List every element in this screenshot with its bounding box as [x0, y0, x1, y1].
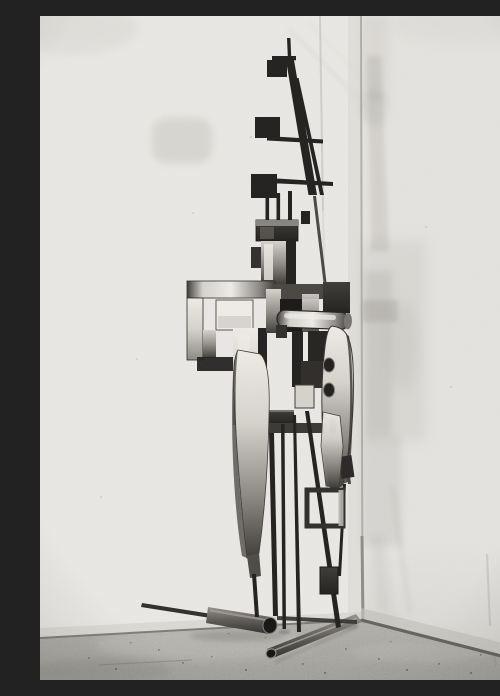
photo-canvas [40, 16, 500, 680]
vignette [40, 16, 500, 680]
sculpture-photograph [40, 16, 500, 680]
